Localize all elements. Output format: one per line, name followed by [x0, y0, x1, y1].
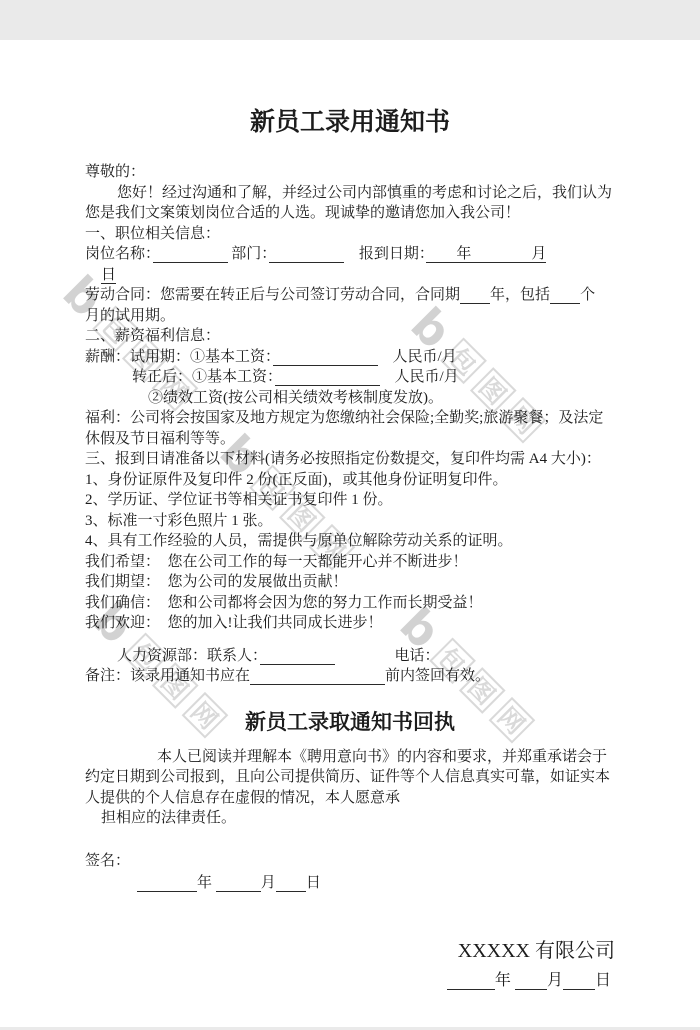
fill-in-blank: [216, 875, 261, 892]
labor-contract-line-1: 劳动合同：您需要在转正后与公司签订劳动合同，合同期 年，包括 个: [85, 285, 615, 306]
company-name: XXXXX 有限公司: [85, 938, 615, 964]
text-run: 劳动合同：您需要在转正后与公司签订劳动合同，合同期: [85, 287, 460, 303]
section-3-heading: 三、报到日请准备以下材料(请务必按照指定份数提交，复印件均需 A4 大小)：: [85, 449, 615, 470]
text-run: 月的试用期。: [85, 308, 175, 324]
text-run: 1、身份证原件及复印件 2 份(正反面)，或其他身份证明复印件。: [85, 472, 508, 488]
welfare-line-2: 休假及节日福利等等。: [85, 429, 615, 450]
fill-in-blank: [269, 246, 344, 263]
note-line: 备注：该录用通知书应在 前内签回有效。: [85, 666, 615, 687]
report-date-day: 日: [85, 265, 615, 286]
fill-in-blank: [515, 972, 547, 990]
salary-performance-line: ②绩效工资(按公司相关绩效考核制度发放)。: [85, 388, 615, 409]
text-run: 岗位名称：: [85, 246, 153, 262]
text-run: ②绩效工资(按公司相关绩效考核制度发放)。: [148, 390, 443, 406]
fill-in-blank: [137, 875, 197, 892]
salary-regular-line: 转正后：①基本工资： 人民币/月: [85, 367, 615, 388]
hr-contact-line: 人力资源部：联系人： 电话：: [85, 646, 615, 667]
text-run: 尊敬的：: [85, 164, 145, 180]
reply-para-line-2: 约定日期到公司报到，且向公司提供简历、证件等个人信息真实可靠，如证实本: [85, 767, 615, 788]
text-run: 担相应的法律责任。: [101, 810, 236, 826]
fill-in-blank: [447, 972, 495, 990]
text-run: 人提供的个人信息存在虚假的情况，本人愿意承: [85, 790, 400, 806]
text-run: 个: [580, 287, 595, 303]
text-run: 本人已阅读并理解本《聘用意向书》的内容和要求，并郑重承诺会于: [157, 749, 607, 765]
text-run: 签名：: [85, 853, 130, 869]
text-run: 日: [595, 972, 611, 989]
intro-line-2: 您是我们文案策划岗位合适的人选。现诚挚的邀请您加入我公司！: [85, 203, 615, 224]
text-run: 人力资源部：联系人：: [117, 648, 260, 664]
material-item-1: 1、身份证原件及复印件 2 份(正反面)，或其他身份证明复印件。: [85, 470, 615, 491]
section-2-heading: 二、薪资福利信息：: [85, 326, 615, 347]
text-run: 人民币/月: [380, 369, 459, 385]
text-run: 薪酬：试用期：①基本工资：: [85, 349, 273, 365]
text-run: 休假及节日福利等等。: [85, 431, 235, 447]
text-run: 月: [261, 875, 276, 891]
text-run: 年: [197, 875, 216, 891]
text-run: 三、报到日请准备以下材料(请务必按照指定份数提交，复印件均需 A4 大小)：: [85, 451, 601, 467]
wish-hope: 我们希望： 您在公司工作的每一天都能开心并不断进步！: [85, 552, 615, 573]
material-item-3: 3、标准一寸彩色照片 1 张。: [85, 511, 615, 532]
reply-para-line-4: 担相应的法律责任。: [85, 808, 615, 829]
position-line: 岗位名称： 部门： 报到日期： 年 月: [85, 244, 615, 265]
text-run: 二、薪资福利信息：: [85, 328, 220, 344]
text-run: 部门：: [228, 246, 269, 262]
fill-in-blank: [250, 668, 385, 685]
salutation: 尊敬的：: [85, 162, 615, 183]
text-run: 报到日期：: [344, 246, 427, 262]
text-run: 约定日期到公司报到，且向公司提供简历、证件等个人信息真实可靠，如证实本: [85, 769, 610, 785]
text-run: 您是我们文案策划岗位合适的人选。现诚挚的邀请您加入我公司！: [85, 205, 520, 221]
fill-in-blank: [275, 369, 380, 386]
text-run: 福利：公司将会按国家及地方规定为您缴纳社会保险;全勤奖;旅游聚餐；及法定: [85, 410, 603, 426]
material-item-2: 2、学历证、学位证书等相关证书复印件 1 份。: [85, 490, 615, 511]
text-run: XXXXX 有限公司: [458, 940, 615, 962]
wish-welcome: 我们欢迎： 您的加入!让我们共同成长进步！: [85, 613, 615, 634]
fill-in-blank: [153, 246, 228, 263]
reply-title: 新员工录取通知书回执: [85, 707, 615, 737]
text-run: 4、具有工作经验的人员，需提供与原单位解除劳动关系的证明。: [85, 533, 513, 549]
text-run: 您好！经过沟通和了解，并经过公司内部慎重的考虑和讨论之后，我们认为: [117, 185, 612, 201]
welfare-line-1: 福利：公司将会按国家及地方规定为您缴纳社会保险;全勤奖;旅游聚餐；及法定: [85, 408, 615, 429]
text-run: 年: [495, 972, 515, 989]
material-item-4: 4、具有工作经验的人员，需提供与原单位解除劳动关系的证明。: [85, 531, 615, 552]
fill-in-blank: [273, 349, 378, 366]
text-run: 3、标准一寸彩色照片 1 张。: [85, 513, 273, 529]
text-run: 备注：该录用通知书应在: [85, 668, 250, 684]
signature-label: 签名：: [85, 851, 615, 872]
document-body: 尊敬的：您好！经过沟通和了解，并经过公司内部慎重的考虑和讨论之后，我们认为您是我…: [85, 162, 615, 992]
text-run: 新员工录取通知书回执: [245, 710, 455, 734]
text-run: 日: [306, 875, 321, 891]
document-page: 新员工录用通知书 尊敬的：您好！经过沟通和了解，并经过公司内部慎重的考虑和讨论之…: [0, 40, 700, 1027]
fill-in-blank: [563, 972, 595, 990]
text-run: 月: [547, 972, 563, 989]
fill-in-blank: 年 月: [426, 246, 546, 263]
intro-line-1: 您好！经过沟通和了解，并经过公司内部慎重的考虑和讨论之后，我们认为: [85, 183, 615, 204]
wish-believe: 我们确信： 您和公司都将会因为您的努力工作而长期受益！: [85, 593, 615, 614]
section-1-heading: 一、职位相关信息：: [85, 224, 615, 245]
fill-in-blank: [460, 287, 490, 304]
fill-in-blank: 日: [101, 267, 116, 284]
wish-expect: 我们期望： 您为公司的发展做出贡献！: [85, 572, 615, 593]
salary-trial-line: 薪酬：试用期：①基本工资： 人民币/月: [85, 347, 615, 368]
text-run: 一、职位相关信息：: [85, 226, 220, 242]
fill-in-blank: [550, 287, 580, 304]
text-run: 我们希望： 您在公司工作的每一天都能开心并不断进步！: [85, 554, 468, 570]
text-run: 我们确信： 您和公司都将会因为您的努力工作而长期受益！: [85, 595, 483, 611]
text-run: 电话：: [335, 648, 440, 664]
text-run: 我们欢迎： 您的加入!让我们共同成长进步！: [85, 615, 383, 631]
text-run: 前内签回有效。: [385, 668, 490, 684]
signature-date-line: 年 月 日: [85, 873, 615, 894]
text-run: 我们期望： 您为公司的发展做出贡献！: [85, 574, 348, 590]
text-run: 转正后：①基本工资：: [132, 369, 275, 385]
document-title: 新员工录用通知书: [85, 106, 615, 140]
text-run: 2、学历证、学位证书等相关证书复印件 1 份。: [85, 492, 393, 508]
company-date-line: 年 月 日: [85, 970, 615, 992]
reply-para-line-3: 人提供的个人信息存在虚假的情况，本人愿意承: [85, 788, 615, 809]
fill-in-blank: [276, 875, 306, 892]
labor-contract-line-2: 月的试用期。: [85, 306, 615, 327]
text-run: 人民币/月: [378, 349, 457, 365]
fill-in-blank: [260, 648, 335, 665]
text-run: 年，包括: [490, 287, 550, 303]
reply-para-line-1: 本人已阅读并理解本《聘用意向书》的内容和要求，并郑重承诺会于: [85, 747, 615, 768]
